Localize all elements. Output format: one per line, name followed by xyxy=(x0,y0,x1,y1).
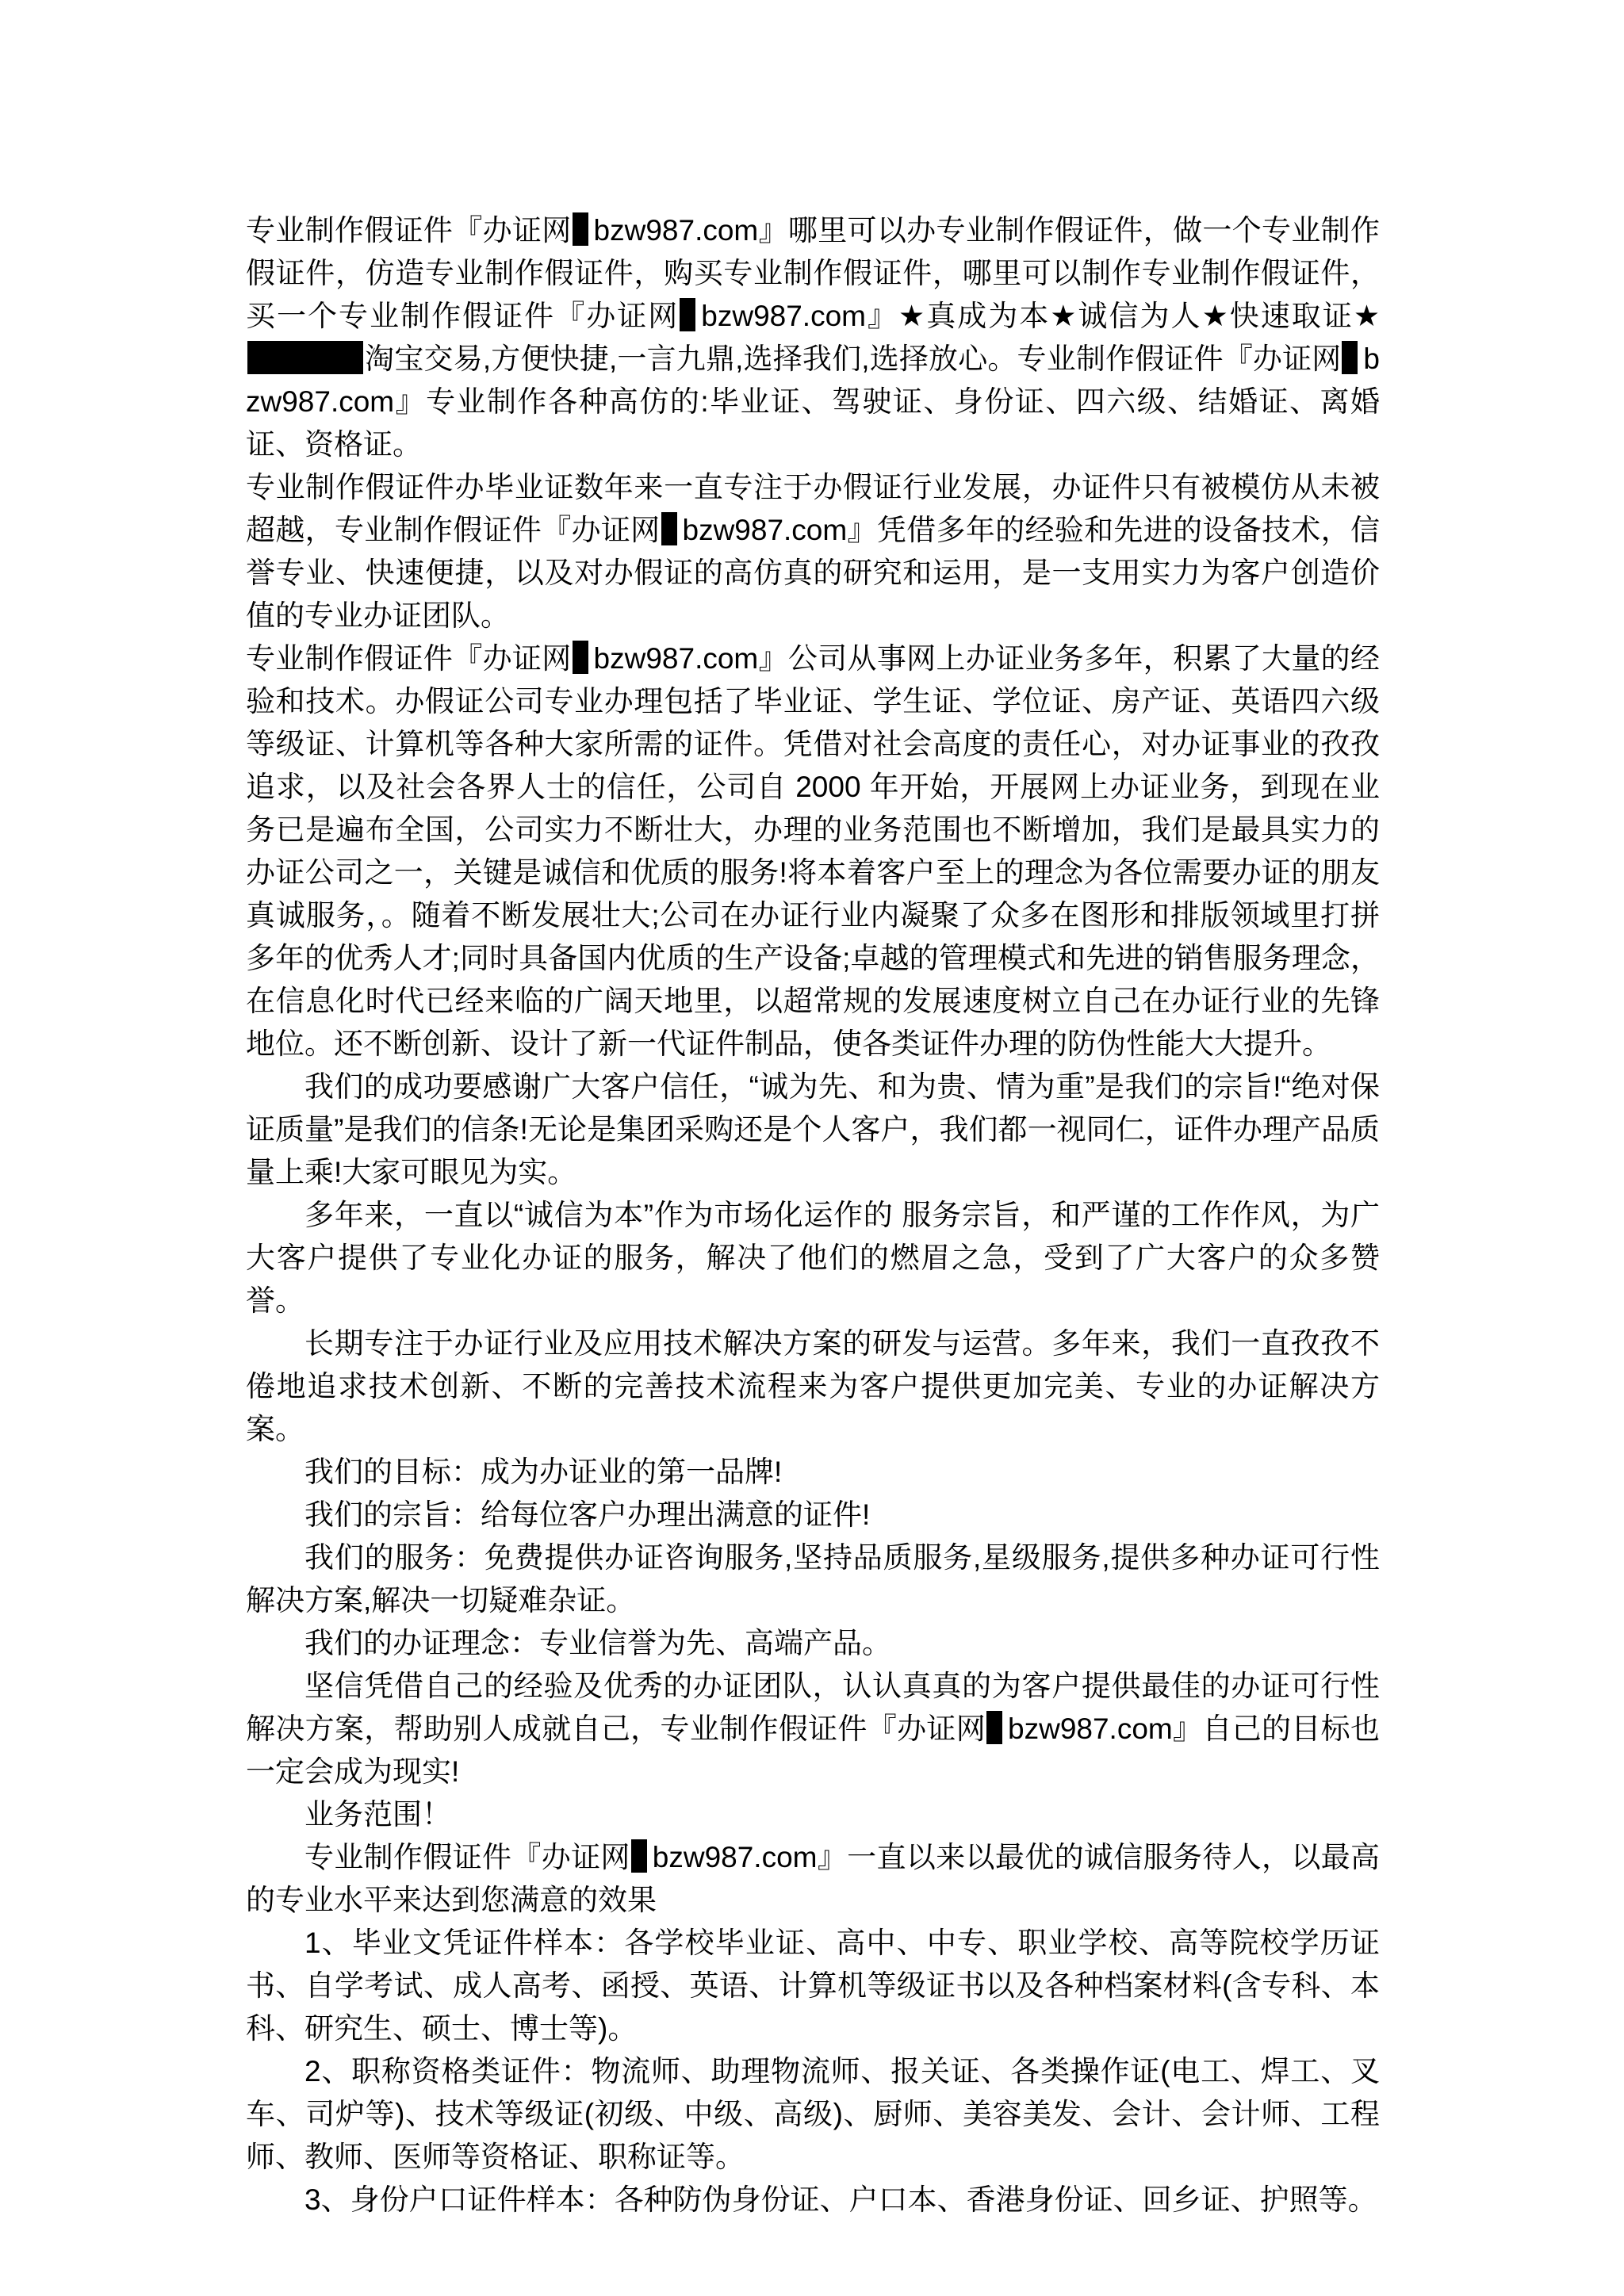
redacted-block xyxy=(247,341,363,374)
black-separator-bar xyxy=(986,1711,1002,1744)
paragraph-10: 我们的办证理念：专业信誉为先、高端产品。 xyxy=(246,1622,1380,1665)
black-separator-bar xyxy=(631,1839,647,1873)
document-page: 专业制作假证件『办证网bzw987.com』哪里可以办专业制作假证件，做一个专业… xyxy=(0,0,1624,2296)
paragraph-13: 专业制作假证件『办证网bzw987.com』一直以来以最优的诚信服务待人，以最高… xyxy=(246,1836,1380,1922)
paragraph-3: 专业制作假证件『办证网bzw987.com』公司从事网上办证业务多年，积累了大量… xyxy=(246,637,1380,1066)
black-separator-bar xyxy=(680,298,695,331)
paragraph-2: 专业制作假证件办毕业证数年来一直专注于办假证行业发展，办证件只有被模仿从未被超越… xyxy=(246,466,1380,637)
paragraph-4: 我们的成功要感谢广大客户信任，“诚为先、和为贵、情为重”是我们的宗旨!“绝对保证… xyxy=(246,1066,1380,1194)
document-body: 专业制作假证件『办证网bzw987.com』哪里可以办专业制作假证件，做一个专业… xyxy=(246,209,1380,2221)
paragraph-8: 我们的宗旨：给每位客户办理出满意的证件! xyxy=(246,1494,1380,1536)
paragraph-5: 多年来，一直以“诚信为本”作为市场化运作的 服务宗旨，和严谨的工作作风，为广大客… xyxy=(246,1194,1380,1322)
paragraph-11: 坚信凭借自己的经验及优秀的办证团队，认认真真的为客户提供最佳的办证可行性解决方案… xyxy=(246,1665,1380,1793)
black-separator-bar xyxy=(1342,341,1358,374)
paragraph-15: 2、职称资格类证件：物流师、助理物流师、报关证、各类操作证(电工、焊工、叉车、司… xyxy=(246,2050,1380,2179)
paragraph-1: 专业制作假证件『办证网bzw987.com』哪里可以办专业制作假证件，做一个专业… xyxy=(246,209,1380,466)
paragraph-12: 业务范围！ xyxy=(246,1793,1380,1836)
paragraph-16: 3、身份户口证件样本：各种防伪身份证、户口本、香港身份证、回乡证、护照等。 xyxy=(246,2179,1380,2221)
paragraph-9: 我们的服务：免费提供办证咨询服务,坚持品质服务,星级服务,提供多种办证可行性解决… xyxy=(246,1536,1380,1622)
paragraph-7: 我们的目标：成为办证业的第一品牌! xyxy=(246,1451,1380,1494)
black-separator-bar xyxy=(573,641,588,674)
paragraph-14: 1、毕业文凭证件样本：各学校毕业证、高中、中专、职业学校、高等院校学历证书、自学… xyxy=(246,1922,1380,2050)
black-separator-bar xyxy=(661,512,677,545)
black-separator-bar xyxy=(573,212,588,246)
paragraph-6: 长期专注于办证行业及应用技术解决方案的研发与运营。多年来，我们一直孜孜不倦地追求… xyxy=(246,1322,1380,1451)
